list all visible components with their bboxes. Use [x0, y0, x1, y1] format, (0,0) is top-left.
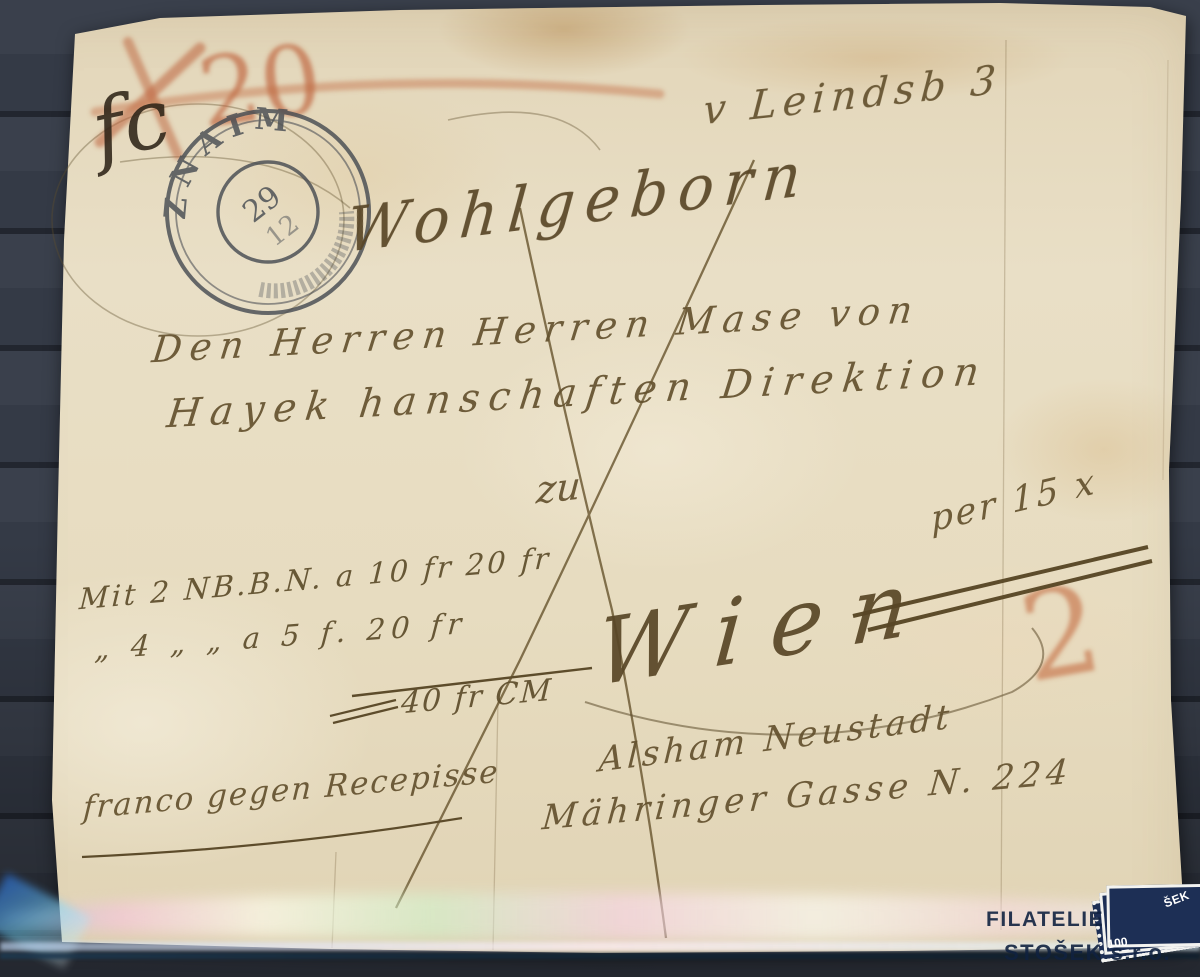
photo-scene: 20 2 fc ZNAIM 29 12 v Leindsb 3 [0, 0, 1200, 977]
handwriting-zu: zu [535, 463, 582, 512]
watermark-line1: FILATELIE [986, 908, 1104, 932]
watermark-line2: STOŠEK s.r.o. [1004, 940, 1171, 966]
watermark-stamp-label: ŠEK [1162, 888, 1191, 910]
